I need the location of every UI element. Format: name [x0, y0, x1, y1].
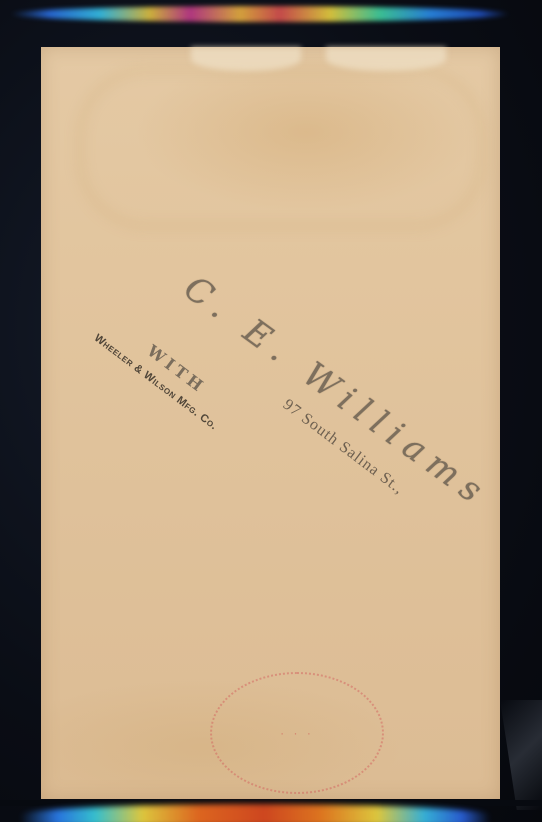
- stamp-text: · · ·: [280, 726, 314, 740]
- faded-red-stamp: · · ·: [210, 672, 384, 794]
- water-stain: [77, 67, 485, 229]
- paper-scuff: [326, 47, 446, 71]
- paper-scuff: [191, 47, 301, 71]
- scanner-glare-top: [10, 6, 510, 22]
- scanner-glare-bottom: [20, 804, 490, 822]
- cabinet-card-back: · · ·: [41, 47, 500, 799]
